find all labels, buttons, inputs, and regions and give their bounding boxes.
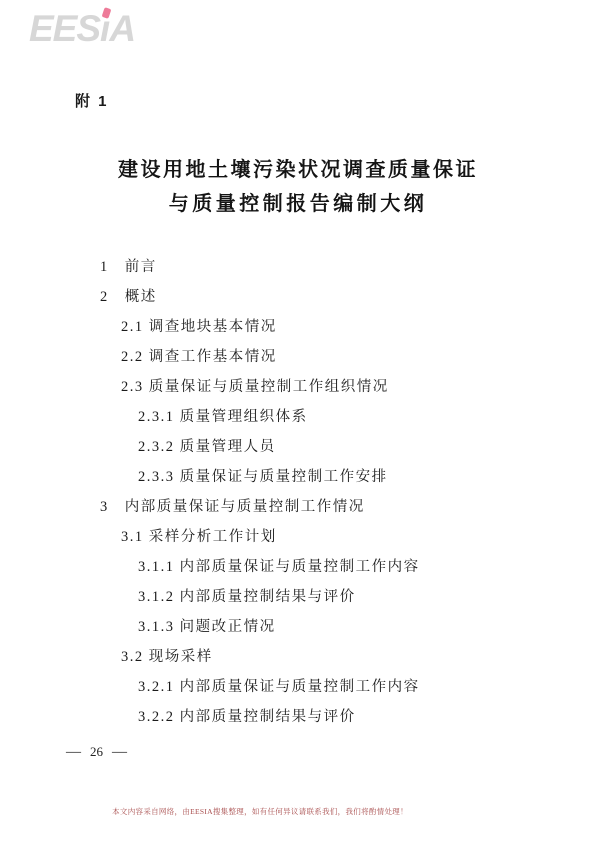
page-number-value: 26	[90, 744, 103, 760]
document-title: 建设用地土壤污染状况调查质量保证 与质量控制报告编制大纲	[0, 153, 596, 221]
attachment-label: 附 1	[75, 90, 109, 111]
toc-item: 1 前言	[100, 252, 420, 282]
page-number-left-dash: —	[66, 745, 81, 760]
logo-text-before-i: EES	[29, 8, 100, 49]
eesia-logo: EESıA	[29, 10, 135, 47]
toc-item: 2.2 调查工作基本情况	[100, 342, 420, 372]
logo-text-after-i: A	[109, 8, 135, 49]
footer-notice: 本文内容采自网络，由EESIA搜集整理，如有任何异议请联系我们，我们将酌情处理！	[108, 806, 412, 817]
toc-item: 2.3 质量保证与质量控制工作组织情况	[100, 372, 420, 402]
toc-item: 3 内部质量保证与质量控制工作情况	[100, 492, 420, 522]
toc-item: 3.1.1 内部质量保证与质量控制工作内容	[100, 552, 420, 582]
toc-item: 3.2 现场采样	[100, 642, 420, 672]
table-of-contents: 1 前言 2 概述 2.1 调查地块基本情况 2.2 调查工作基本情况 2.3 …	[100, 252, 420, 732]
toc-item: 3.1.2 内部质量控制结果与评价	[100, 582, 420, 612]
toc-item: 2.3.3 质量保证与质量控制工作安排	[100, 462, 420, 492]
toc-item: 3.2.2 内部质量控制结果与评价	[100, 702, 420, 732]
toc-item: 2.1 调查地块基本情况	[100, 312, 420, 342]
toc-item: 3.1.3 问题改正情况	[100, 612, 420, 642]
page-number: — 26 —	[66, 744, 127, 760]
toc-item: 2.3.2 质量管理人员	[100, 432, 420, 462]
toc-item: 3.2.1 内部质量保证与质量控制工作内容	[100, 672, 420, 702]
toc-item: 2.3.1 质量管理组织体系	[100, 402, 420, 432]
document-title-line1: 建设用地土壤污染状况调查质量保证	[0, 153, 596, 187]
document-title-line2: 与质量控制报告编制大纲	[0, 187, 596, 221]
page-number-right-dash: —	[112, 745, 127, 760]
toc-item: 3.1 采样分析工作计划	[100, 522, 420, 552]
toc-item: 2 概述	[100, 282, 420, 312]
logo-letter-i: ı	[100, 10, 109, 47]
document-page: EESıA 附 1 建设用地土壤污染状况调查质量保证 与质量控制报告编制大纲 1…	[0, 0, 596, 842]
